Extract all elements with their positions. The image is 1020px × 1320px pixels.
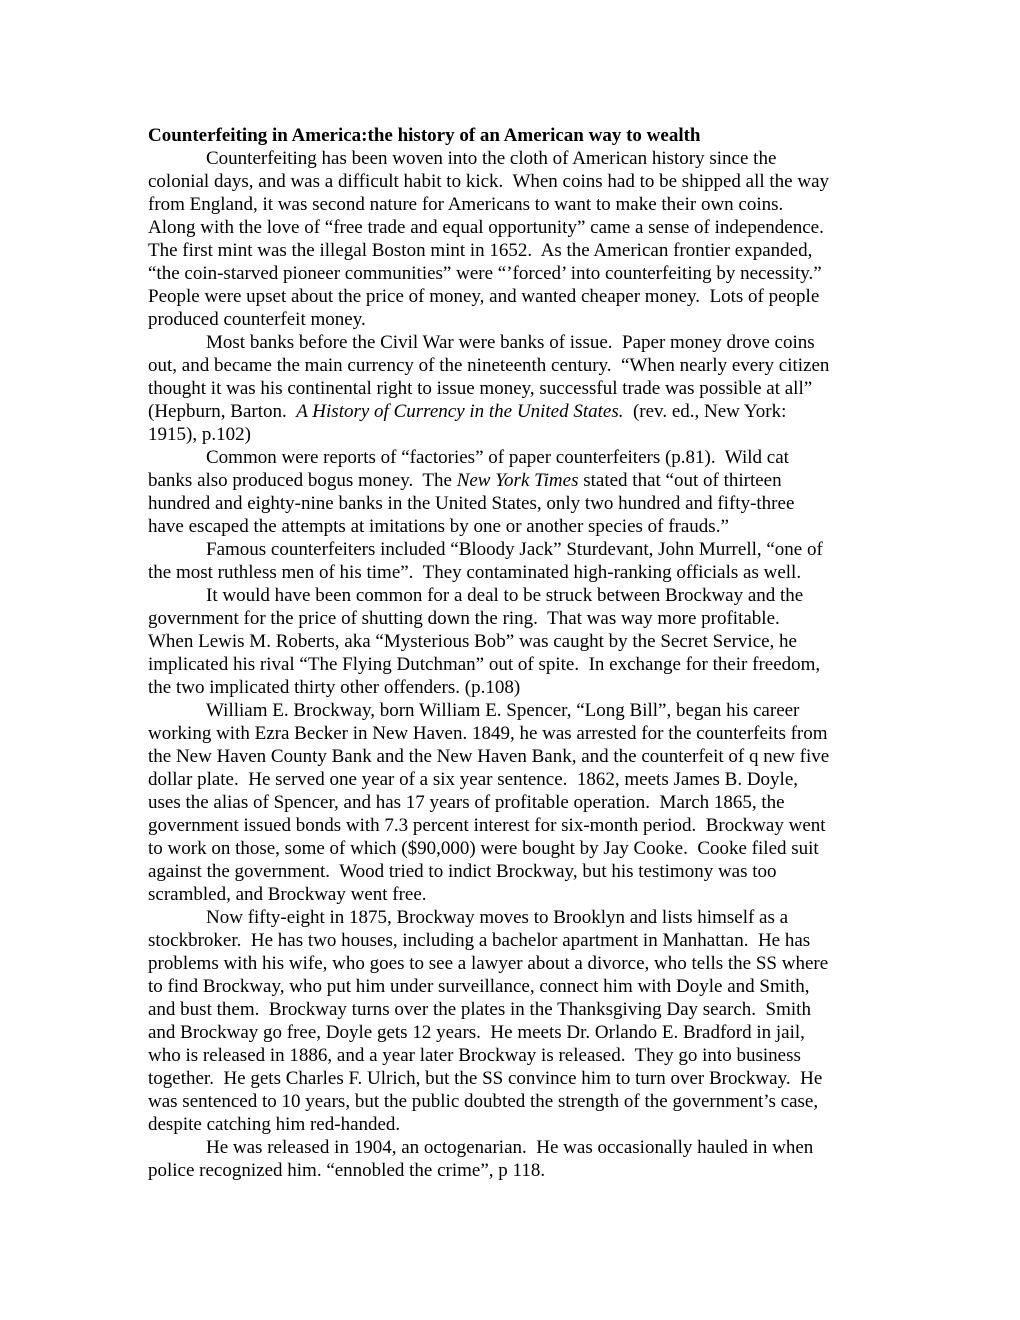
text-line: 1915), p.102) — [148, 423, 888, 446]
text-segment: uses the alias of Spencer, and has 17 ye… — [148, 792, 785, 813]
text-segment: the most ruthless men of his time”. They… — [148, 562, 801, 583]
text-segment: Famous counterfeiters included “Bloody J… — [206, 539, 823, 560]
text-line: to work on those, some of which ($90,000… — [148, 837, 888, 860]
text-segment: dollar plate. He served one year of a si… — [148, 769, 798, 790]
text-line: out, and became the main currency of the… — [148, 354, 888, 377]
text-segment: who is released in 1886, and a year late… — [148, 1045, 801, 1066]
text-line: implicated his rival “The Flying Dutchma… — [148, 653, 888, 676]
text-line: People were upset about the price of mon… — [148, 285, 888, 308]
text-segment: (rev. ed., New York: — [623, 401, 786, 422]
text-segment: from England, it was second nature for A… — [148, 194, 783, 215]
text-segment: the New Haven County Bank and the New Ha… — [148, 746, 829, 767]
text-line: The first mint was the illegal Boston mi… — [148, 239, 888, 262]
italic-text-segment: A History of Currency in the United Stat… — [296, 401, 623, 422]
document-text-block: Counterfeiting in America:the history of… — [148, 124, 888, 1182]
text-line: thought it was his continental right to … — [148, 377, 888, 400]
text-line: police recognized him. “ennobled the cri… — [148, 1159, 888, 1182]
text-line: scrambled, and Brockway went free. — [148, 883, 888, 906]
text-segment: and bust them. Brockway turns over the p… — [148, 999, 811, 1020]
text-line: the New Haven County Bank and the New Ha… — [148, 745, 888, 768]
text-segment: implicated his rival “The Flying Dutchma… — [148, 654, 820, 675]
text-segment: (Hepburn, Barton. — [148, 401, 296, 422]
text-line: produced counterfeit money. — [148, 308, 888, 331]
text-line: and Brockway go free, Doyle gets 12 year… — [148, 1021, 888, 1044]
text-segment: to find Brockway, who put him under surv… — [148, 976, 810, 997]
text-line: working with Ezra Becker in New Haven. 1… — [148, 722, 888, 745]
text-segment: against the government. Wood tried to in… — [148, 861, 777, 882]
text-segment: have escaped the attempts at imitations … — [148, 516, 729, 537]
text-segment: 1915), p.102) — [148, 424, 251, 445]
text-segment: government for the price of shutting dow… — [148, 608, 780, 629]
text-line: Famous counterfeiters included “Bloody J… — [148, 538, 888, 561]
text-segment: banks also produced bogus money. The — [148, 470, 457, 491]
text-segment: Counterfeiting has been woven into the c… — [206, 148, 776, 169]
text-segment: and Brockway go free, Doyle gets 12 year… — [148, 1022, 805, 1043]
document-body: Counterfeiting has been woven into the c… — [148, 147, 888, 1182]
text-segment: “the coin-starved pioneer communities” w… — [148, 263, 822, 284]
text-segment: police recognized him. “ennobled the cri… — [148, 1160, 545, 1181]
text-segment: stockbroker. He has two houses, includin… — [148, 930, 810, 951]
text-line: Along with the love of “free trade and e… — [148, 216, 888, 239]
text-line: He was released in 1904, an octogenarian… — [148, 1136, 888, 1159]
text-segment: thought it was his continental right to … — [148, 378, 812, 399]
text-line: have escaped the attempts at imitations … — [148, 515, 888, 538]
text-segment: produced counterfeit money. — [148, 309, 366, 330]
text-segment: the two implicated thirty other offender… — [148, 677, 520, 698]
text-line: banks also produced bogus money. The New… — [148, 469, 888, 492]
text-line: (Hepburn, Barton. A History of Currency … — [148, 400, 888, 423]
text-line: government for the price of shutting dow… — [148, 607, 888, 630]
text-segment: William E. Brockway, born William E. Spe… — [206, 700, 799, 721]
document-title: Counterfeiting in America:the history of… — [148, 124, 888, 147]
text-segment: He was released in 1904, an octogenarian… — [206, 1137, 813, 1158]
text-segment: hundred and eighty-nine banks in the Uni… — [148, 493, 794, 514]
text-line: from England, it was second nature for A… — [148, 193, 888, 216]
text-segment: Common were reports of “factories” of pa… — [206, 447, 789, 468]
text-line: despite catching him red-handed. — [148, 1113, 888, 1136]
text-line: It would have been common for a deal to … — [148, 584, 888, 607]
text-segment: together. He gets Charles F. Ulrich, but… — [148, 1068, 822, 1089]
text-line: and bust them. Brockway turns over the p… — [148, 998, 888, 1021]
italic-text-segment: New York Times — [457, 470, 579, 491]
text-segment: government issued bonds with 7.3 percent… — [148, 815, 826, 836]
text-segment: Most banks before the Civil War were ban… — [206, 332, 815, 353]
text-line: Most banks before the Civil War were ban… — [148, 331, 888, 354]
text-segment: colonial days, and was a difficult habit… — [148, 171, 829, 192]
text-segment: to work on those, some of which ($90,000… — [148, 838, 819, 859]
text-line: colonial days, and was a difficult habit… — [148, 170, 888, 193]
text-segment: People were upset about the price of mon… — [148, 286, 819, 307]
text-line: When Lewis M. Roberts, aka “Mysterious B… — [148, 630, 888, 653]
text-segment: stated that “out of thirteen — [578, 470, 781, 491]
text-line: Counterfeiting has been woven into the c… — [148, 147, 888, 170]
text-segment: Along with the love of “free trade and e… — [148, 217, 824, 238]
text-line: William E. Brockway, born William E. Spe… — [148, 699, 888, 722]
text-line: together. He gets Charles F. Ulrich, but… — [148, 1067, 888, 1090]
text-line: stockbroker. He has two houses, includin… — [148, 929, 888, 952]
text-line: Common were reports of “factories” of pa… — [148, 446, 888, 469]
text-line: Now fifty-eight in 1875, Brockway moves … — [148, 906, 888, 929]
text-line: was sentenced to 10 years, but the publi… — [148, 1090, 888, 1113]
text-segment: working with Ezra Becker in New Haven. 1… — [148, 723, 828, 744]
text-line: uses the alias of Spencer, and has 17 ye… — [148, 791, 888, 814]
text-segment: Now fifty-eight in 1875, Brockway moves … — [206, 907, 788, 928]
text-line: “the coin-starved pioneer communities” w… — [148, 262, 888, 285]
text-line: dollar plate. He served one year of a si… — [148, 768, 888, 791]
text-line: government issued bonds with 7.3 percent… — [148, 814, 888, 837]
text-line: problems with his wife, who goes to see … — [148, 952, 888, 975]
text-line: to find Brockway, who put him under surv… — [148, 975, 888, 998]
text-line: hundred and eighty-nine banks in the Uni… — [148, 492, 888, 515]
text-segment: out, and became the main currency of the… — [148, 355, 829, 376]
text-segment: was sentenced to 10 years, but the publi… — [148, 1091, 818, 1112]
text-segment: despite catching him red-handed. — [148, 1114, 400, 1135]
text-line: the two implicated thirty other offender… — [148, 676, 888, 699]
text-segment: scrambled, and Brockway went free. — [148, 884, 427, 905]
text-segment: When Lewis M. Roberts, aka “Mysterious B… — [148, 631, 797, 652]
text-line: against the government. Wood tried to in… — [148, 860, 888, 883]
text-segment: It would have been common for a deal to … — [206, 585, 803, 606]
document-page: Counterfeiting in America:the history of… — [0, 0, 1020, 1320]
text-segment: The first mint was the illegal Boston mi… — [148, 240, 812, 261]
text-segment: problems with his wife, who goes to see … — [148, 953, 828, 974]
text-line: the most ruthless men of his time”. They… — [148, 561, 888, 584]
text-line: who is released in 1886, and a year late… — [148, 1044, 888, 1067]
